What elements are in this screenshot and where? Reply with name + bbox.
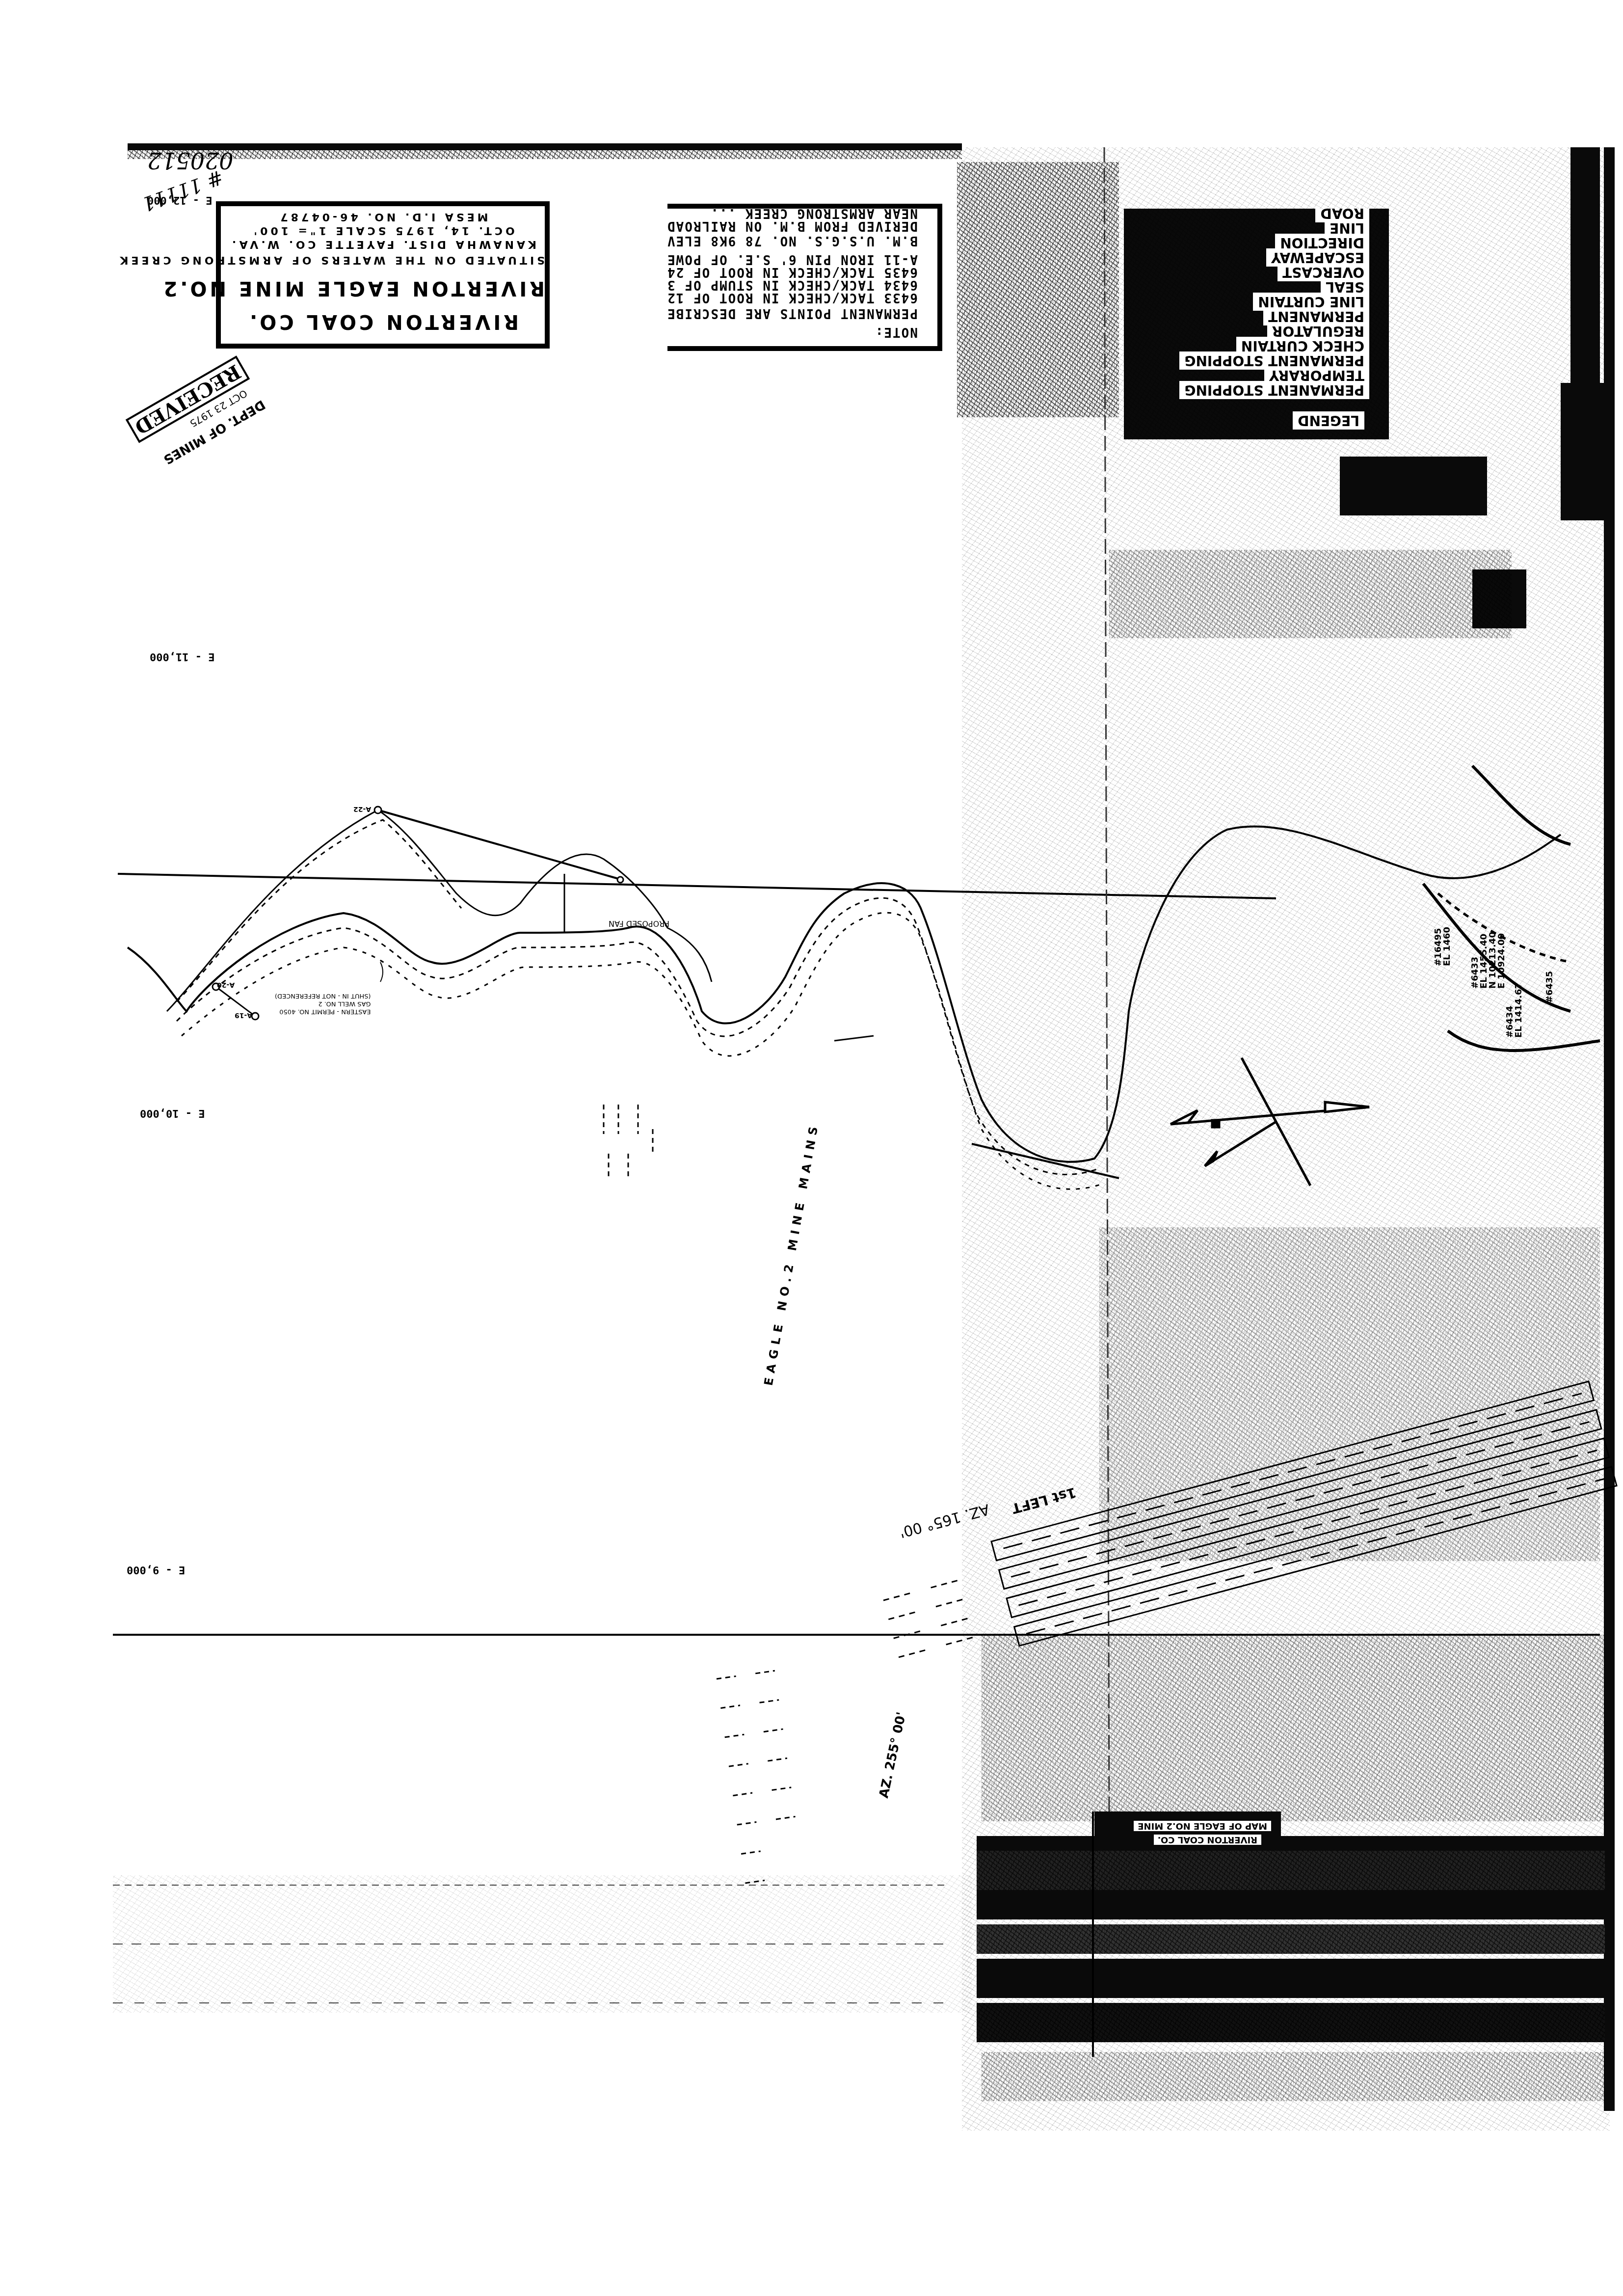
label-station-a22: A-22 (353, 805, 371, 813)
label-station-6433: #6433 EL 1455.40 N 10213.40 E 10924.00 (1471, 932, 1506, 989)
gas-well-line-1: EASTERN - PERMIT NO. 4050 (275, 1007, 371, 1015)
bottom-band-2 (977, 1851, 1605, 1890)
fold-line (1104, 147, 1109, 1816)
gas-well-line-3: (SHUT IN - NOT REFERENCED) (275, 992, 371, 999)
label-station-16495: #16495 EL 1460 (1434, 927, 1452, 966)
traverse-leg-1 (378, 810, 618, 879)
st6433-e: E 10924.00 (1497, 932, 1506, 989)
first-left-dashes (883, 1580, 975, 1657)
station-a19 (252, 1013, 259, 1020)
mains-entries-dashes (604, 1105, 653, 1178)
label-gas-well: EASTERN - PERMIT NO. 4050 GAS WELL NO. 2… (275, 992, 371, 1015)
label-station-a20: A-20 (217, 981, 235, 989)
az255-entries (717, 1671, 803, 1883)
bottom-title-line-2: MAP OF EAGLE NO.2 MINE (1134, 1821, 1271, 1831)
first-left-workings (991, 1381, 1617, 1646)
st16495-el: EL 1460 (1443, 927, 1452, 966)
bottom-left-faint-noise (113, 1875, 972, 2013)
bottom-frame-line (1092, 1811, 1094, 2057)
traverse-leg-4 (834, 1036, 874, 1041)
bottom-band-4 (977, 1924, 1605, 1954)
label-station-6435: #6435 (1544, 971, 1555, 1003)
station-a22 (374, 807, 381, 813)
bottom-band-6 (977, 2003, 1605, 2042)
st6434-el: EL 1414.67 (1515, 983, 1523, 1038)
bottom-band-5 (977, 1959, 1605, 1998)
st6435-id: #6435 (1544, 971, 1555, 1003)
north-arrow (1171, 1058, 1369, 1186)
bottom-title-line-1: RIVERTON COAL CO. (1154, 1835, 1261, 1845)
traverse-leg-5 (972, 1144, 1119, 1178)
bottom-title-block: RIVERTON COAL CO. MAP OF EAGLE NO.2 MINE (1094, 1811, 1281, 1851)
survey-loop-upper (167, 810, 712, 1011)
gas-well-leader (380, 962, 383, 982)
bottom-band-3 (977, 1890, 1605, 1919)
label-proposed-fan: PROPOSED FAN (609, 919, 669, 928)
gas-well-line-2: GAS WELL NO. 2 (275, 999, 371, 1007)
station-fan (617, 877, 623, 883)
label-station-6434: #6434 EL 1414.67 (1506, 983, 1523, 1038)
label-station-a19: A-19 (235, 1011, 252, 1019)
bottom-band-7 (982, 2052, 1605, 2101)
